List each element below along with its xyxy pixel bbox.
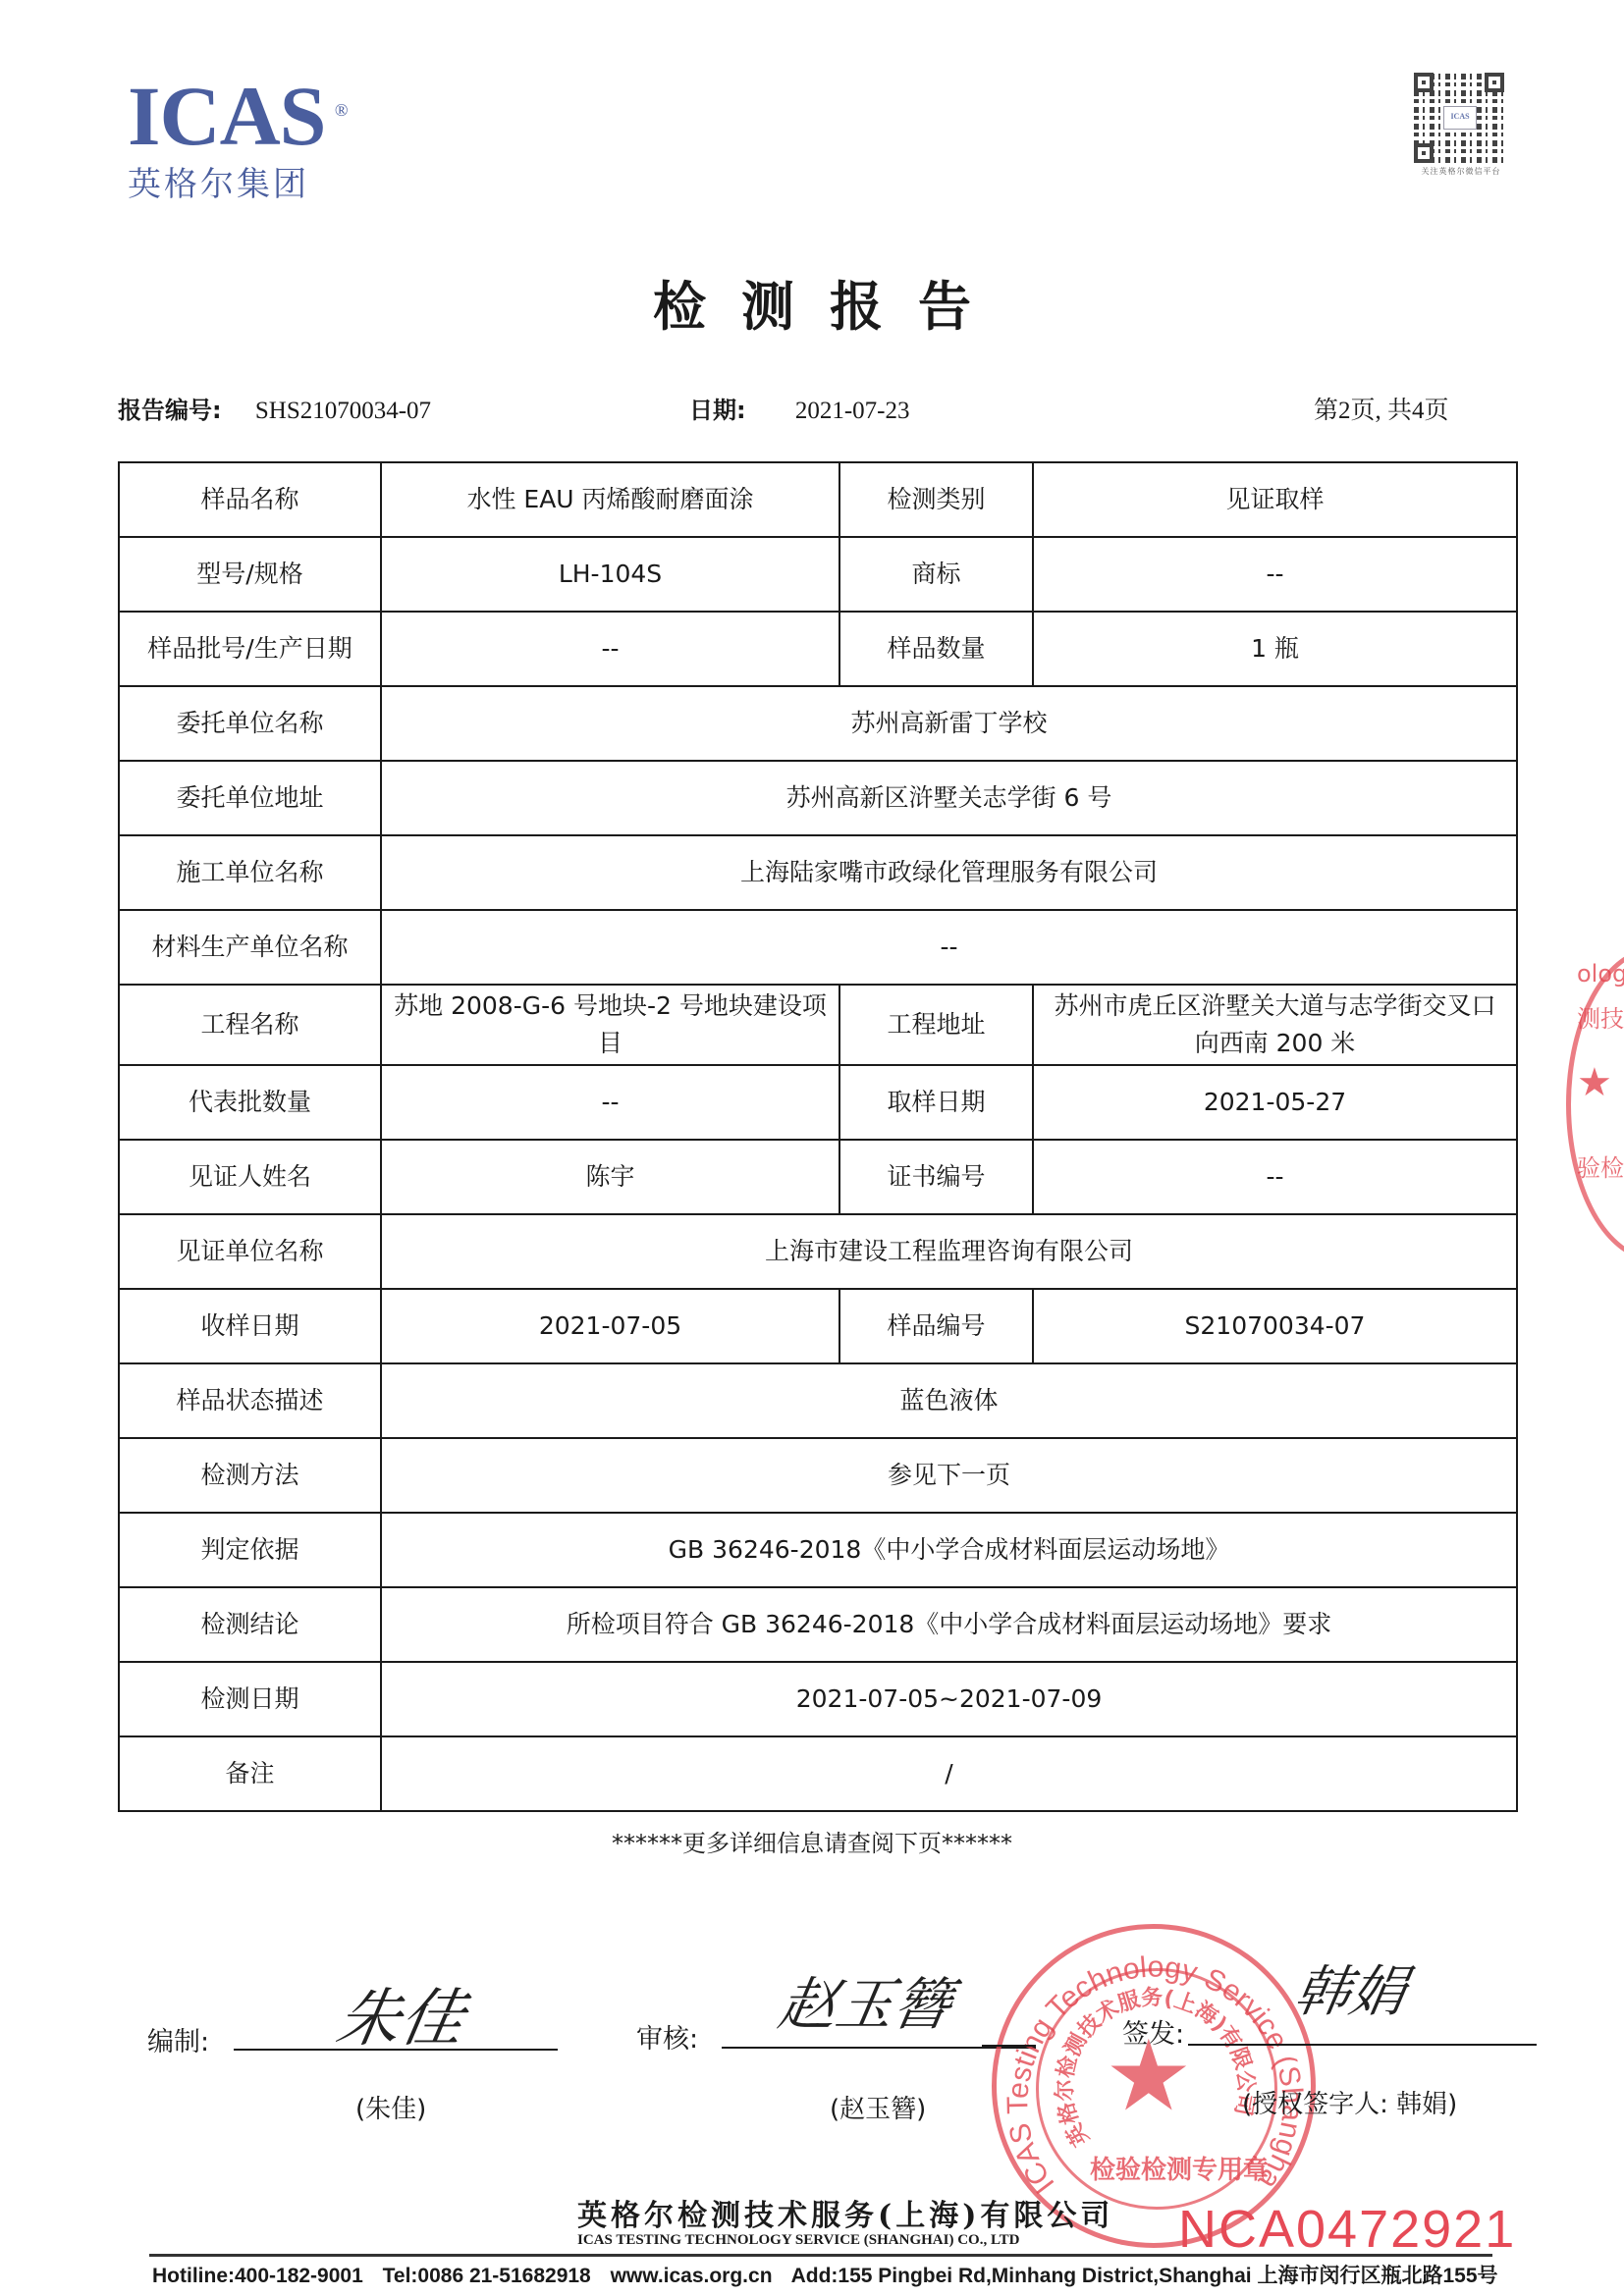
stamp-text: ology [1577,960,1624,988]
reviewed-signature: 赵玉簪 [774,1958,959,2041]
qr-center-logo: ICAS [1443,106,1477,130]
more-info-note: ******更多详细信息请查阅下页****** [0,1824,1624,1858]
field-value: 参见下一页 [381,1438,1517,1513]
reviewed-by-label: 审核: [636,2017,698,2056]
issued-by-name: (授权签字人: 韩娟) [1242,2084,1457,2120]
field-label: 商标 [839,537,1033,612]
telephone: Tel:0086 21-51682918 [383,2265,591,2287]
logo-name-cn: 英格尔集团 [128,157,353,205]
field-value: 苏州高新雷丁学校 [381,686,1517,761]
company-name-en: ICAS TESTING TECHNOLOGY SERVICE (SHANGHA… [577,2232,1019,2249]
table-row: 见证人姓名 陈宇 证书编号 -- [119,1140,1517,1214]
table-row: 检测结论 所检项目符合 GB 36246-2018《中小学合成材料面层运动场地》… [119,1587,1517,1662]
table-row: 型号/规格 LH-104S 商标 -- [119,537,1517,612]
field-label: 型号/规格 [119,537,381,612]
field-label: 样品数量 [839,612,1033,686]
field-value: 所检项目符合 GB 36246-2018《中小学合成材料面层运动场地》要求 [381,1587,1517,1662]
field-label: 工程名称 [119,985,381,1065]
field-value: GB 36246-2018《中小学合成材料面层运动场地》 [381,1513,1517,1587]
field-value: 上海陆家嘴市政绿化管理服务有限公司 [381,835,1517,910]
nca-number: NCA0472921 [1178,2199,1516,2260]
field-label: 检测结论 [119,1587,381,1662]
table-row: 样品名称 水性 EAU 丙烯酸耐磨面涂 检测类别 见证取样 [119,462,1517,537]
table-row: 工程名称 苏地 2008-G-6 号地块-2 号地块建设项目 工程地址 苏州市虎… [119,985,1517,1065]
report-date: 日期: 2021-07-23 [689,391,910,425]
field-value: -- [1033,1140,1517,1214]
page-indicator: 第2页, 共4页 [1314,391,1449,426]
report-number-value: SHS21070034-07 [255,398,431,424]
report-date-label: 日期: [689,397,746,424]
table-row: 判定依据 GB 36246-2018《中小学合成材料面层运动场地》 [119,1513,1517,1587]
table-row: 检测日期 2021-07-05~2021-07-09 [119,1662,1517,1736]
field-value: S21070034-07 [1033,1289,1517,1363]
table-row: 见证单位名称 上海市建设工程监理咨询有限公司 [119,1214,1517,1289]
table-row: 收样日期 2021-07-05 样品编号 S21070034-07 [119,1289,1517,1363]
field-value: 上海市建设工程监理咨询有限公司 [381,1214,1517,1289]
qr-code-icon: ICAS [1414,73,1504,163]
table-row: 施工单位名称 上海陆家嘴市政绿化管理服务有限公司 [119,835,1517,910]
field-value: 陈宇 [381,1140,839,1214]
field-value: 2021-07-05 [381,1289,839,1363]
field-label: 样品批号/生产日期 [119,612,381,686]
field-value: 蓝色液体 [381,1363,1517,1438]
company-name-cn: 英格尔检测技术服务(上海)有限公司 [577,2191,1113,2234]
partial-stamp: ology 测技术 ★ 验检测 [1566,947,1624,1261]
logo-mark: ICAS ® [128,77,326,155]
hotline: Hotiline:400-182-9001 [152,2265,363,2287]
signature-line [1188,2044,1537,2046]
field-label: 见证单位名称 [119,1214,381,1289]
field-label: 检测日期 [119,1662,381,1736]
report-number-label: 报告编号: [118,397,222,424]
field-value: -- [1033,537,1517,612]
compiled-by-label: 编制: [147,2020,209,2058]
field-label: 见证人姓名 [119,1140,381,1214]
stamp-bottom-text: 检验检测专用章 [1090,2150,1269,2186]
table-row: 委托单位地址 苏州高新区浒墅关志学街 6 号 [119,761,1517,835]
field-value: 1 瓶 [1033,612,1517,686]
field-value: 2021-05-27 [1033,1065,1517,1140]
field-value: -- [381,1065,839,1140]
issued-signature: 韩娟 [1289,1949,1413,2027]
field-label: 判定依据 [119,1513,381,1587]
report-number: 报告编号: SHS21070034-07 [118,391,431,425]
field-value: 见证取样 [1033,462,1517,537]
signature-line [982,2045,1036,2047]
qr-code: ICAS 关注英格尔微信平台 [1414,73,1508,177]
report-table: 样品名称 水性 EAU 丙烯酸耐磨面涂 检测类别 见证取样 型号/规格 LH-1… [118,461,1518,1812]
field-value: 苏州高新区浒墅关志学街 6 号 [381,761,1517,835]
field-value: / [381,1736,1517,1811]
stamp-text: 测技术 [1577,999,1624,1034]
table-row: 代表批数量 -- 取样日期 2021-05-27 [119,1065,1517,1140]
field-value: 苏州市虎丘区浒墅关大道与志学街交叉口向西南 200 米 [1033,985,1517,1065]
field-label: 证书编号 [839,1140,1033,1214]
signature-line [234,2049,558,2051]
field-value: -- [381,910,1517,985]
registered-icon: ® [335,71,348,149]
field-label: 委托单位地址 [119,761,381,835]
compiled-by-name: (朱佳) [355,2089,426,2125]
field-value: 2021-07-05~2021-07-09 [381,1662,1517,1736]
footer-divider [149,2254,1492,2257]
report-date-value: 2021-07-23 [795,398,910,424]
signature-line [722,2047,1036,2049]
field-label: 工程地址 [839,985,1033,1065]
field-value: 苏地 2008-G-6 号地块-2 号地块建设项目 [381,985,839,1065]
field-label: 材料生产单位名称 [119,910,381,985]
field-label: 代表批数量 [119,1065,381,1140]
field-label: 取样日期 [839,1065,1033,1140]
field-value: LH-104S [381,537,839,612]
logo-text: ICAS [128,69,326,163]
table-row: 委托单位名称 苏州高新雷丁学校 [119,686,1517,761]
company-logo: ICAS ® 英格尔集团 [128,77,353,205]
field-label: 样品名称 [119,462,381,537]
field-label: 委托单位名称 [119,686,381,761]
table-row: 样品状态描述 蓝色液体 [119,1363,1517,1438]
table-row: 检测方法 参见下一页 [119,1438,1517,1513]
field-label: 检测类别 [839,462,1033,537]
field-label: 备注 [119,1736,381,1811]
reviewed-by-name: (赵玉簪) [830,2089,926,2125]
footer-contact: Hotiline:400-182-9001 Tel:0086 21-516829… [152,2260,1527,2289]
table-row: 备注 / [119,1736,1517,1811]
compiled-signature: 朱佳 [331,1968,472,2058]
issued-by-label: 签发: [1122,2012,1184,2051]
stamp-star-icon: ★ [1577,1060,1612,1105]
field-value: -- [381,612,839,686]
field-label: 样品状态描述 [119,1363,381,1438]
stamp-text: 验检测 [1577,1148,1624,1183]
field-label: 施工单位名称 [119,835,381,910]
field-label: 检测方法 [119,1438,381,1513]
address: Add:155 Pingbei Rd,Minhang District,Shan… [791,2265,1498,2287]
table-row: 样品批号/生产日期 -- 样品数量 1 瓶 [119,612,1517,686]
qr-caption: 关注英格尔微信平台 [1414,166,1508,177]
field-label: 样品编号 [839,1289,1033,1363]
table-row: 材料生产单位名称 -- [119,910,1517,985]
website-link[interactable]: www.icas.org.cn [611,2265,773,2287]
field-label: 收样日期 [119,1289,381,1363]
field-value: 水性 EAU 丙烯酸耐磨面涂 [381,462,839,537]
page-title: 检测报告 [0,265,1624,341]
